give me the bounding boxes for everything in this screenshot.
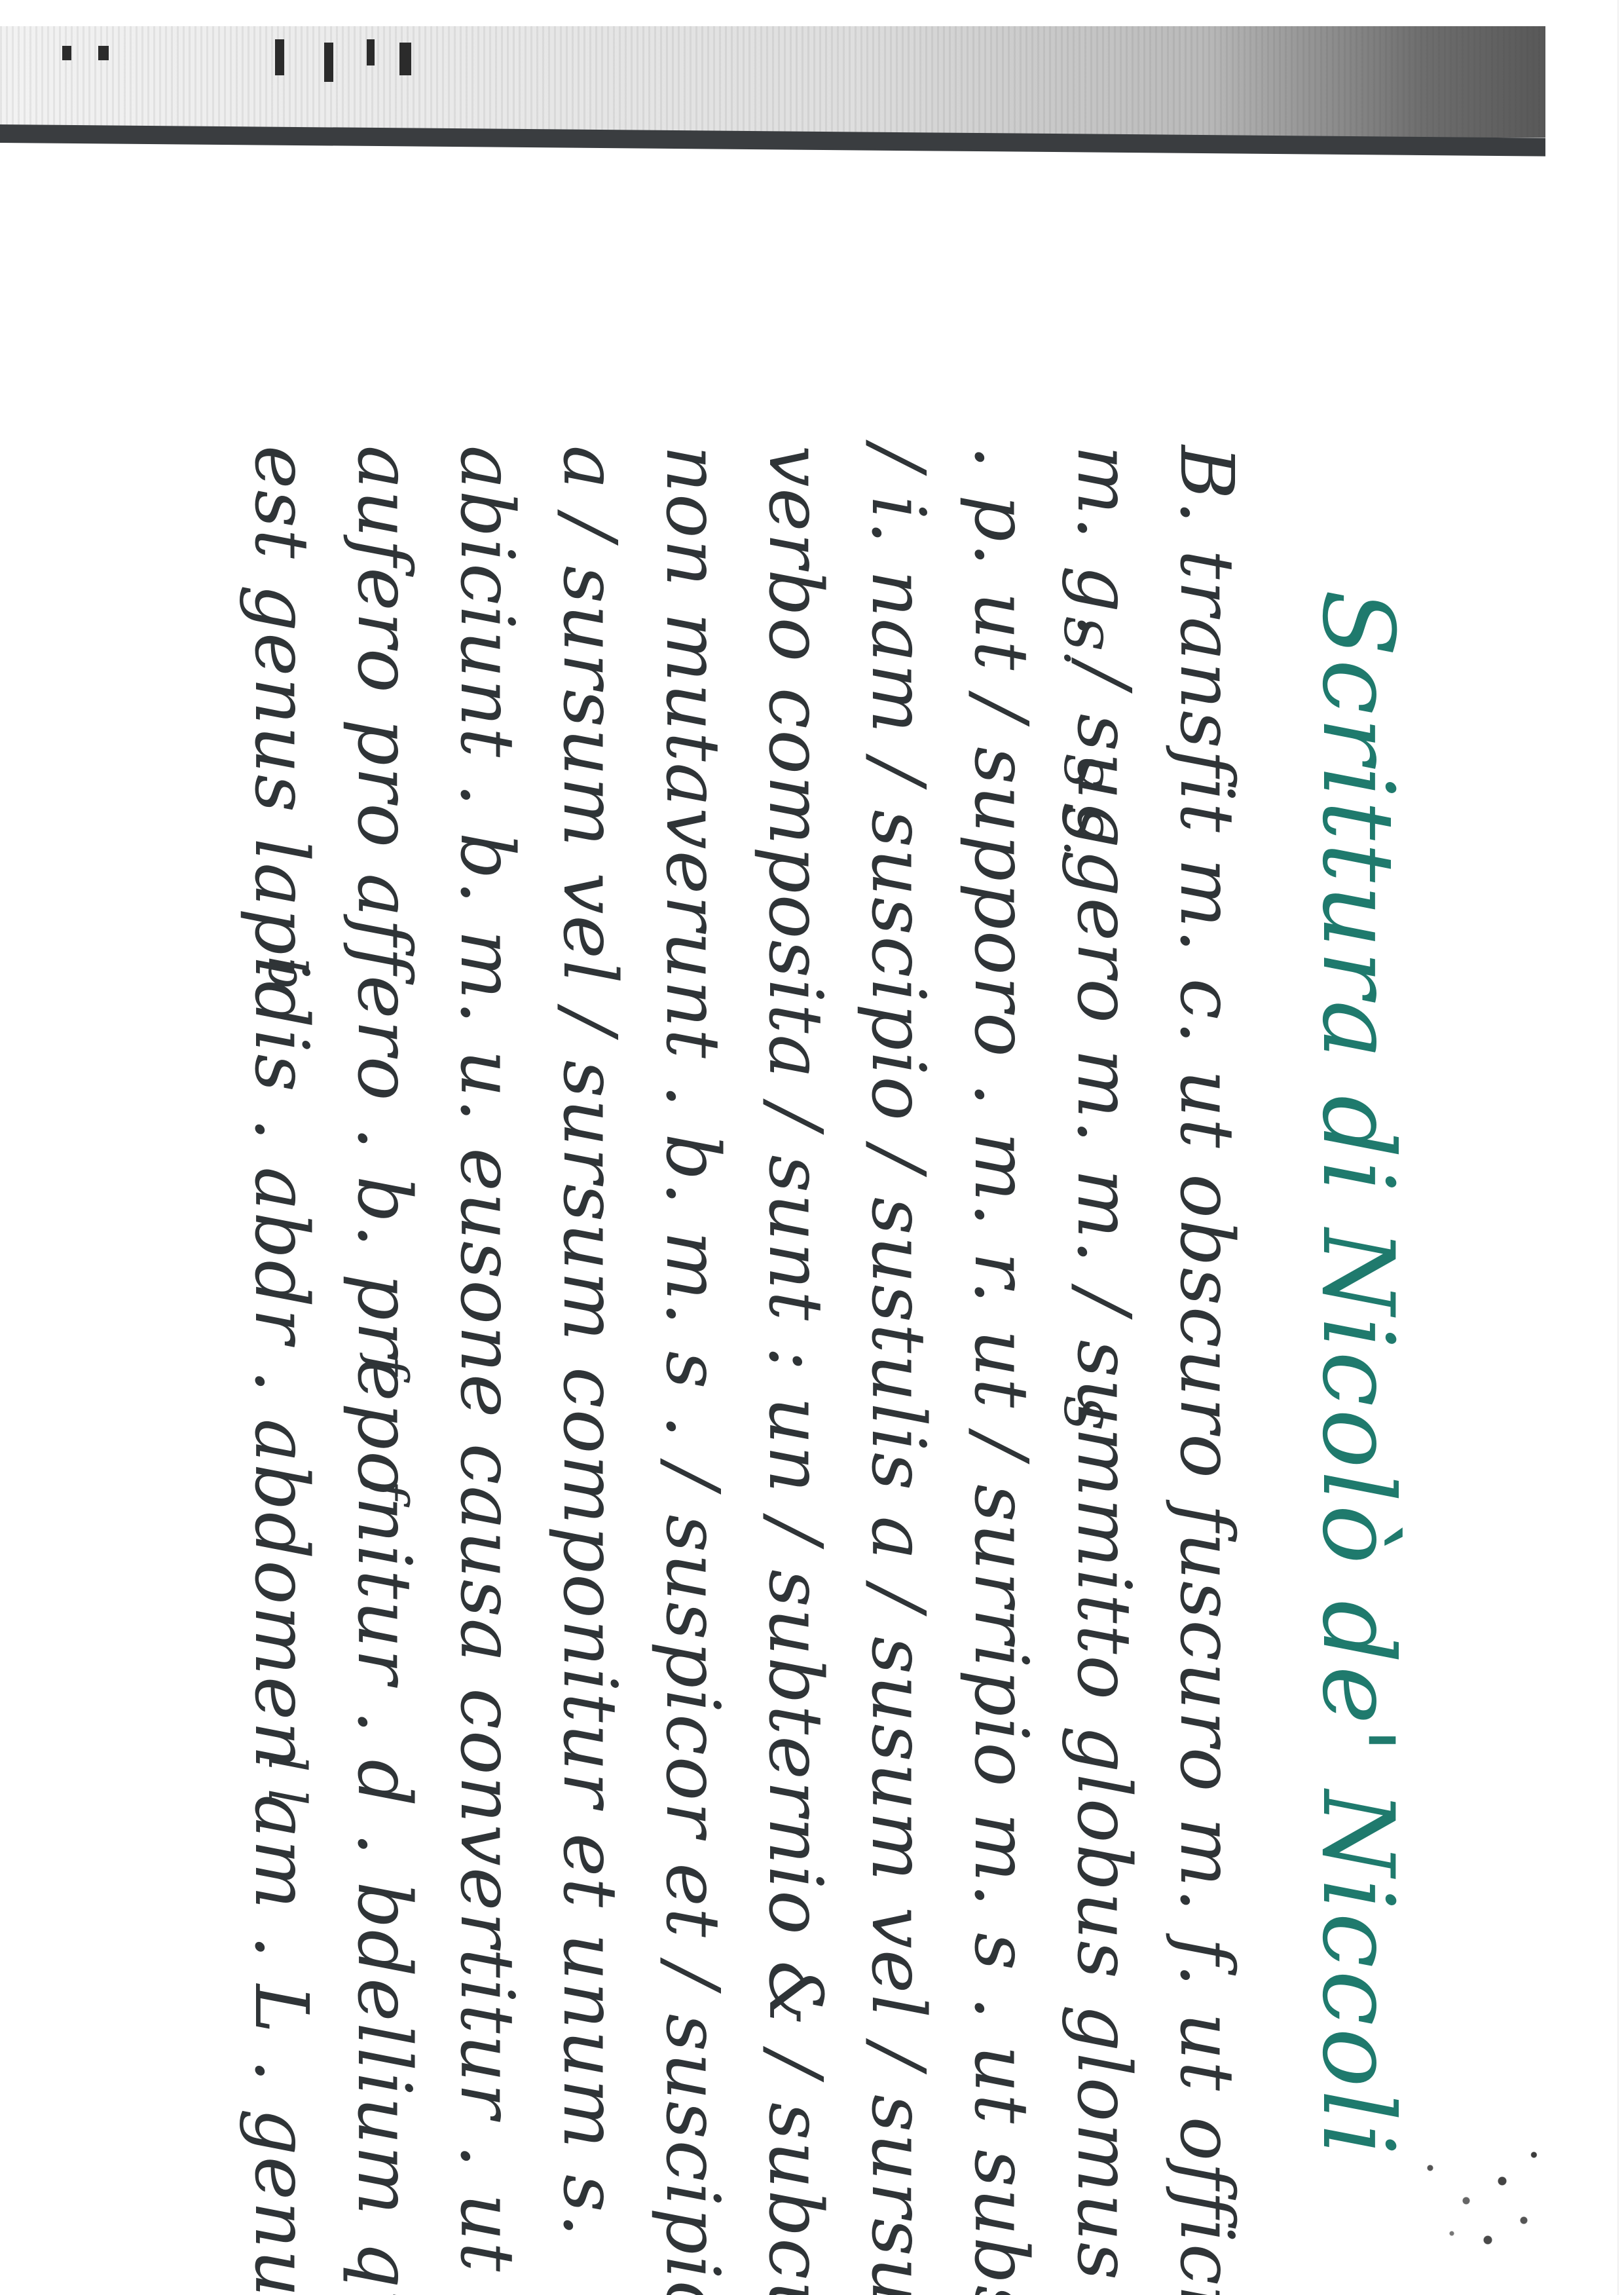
manuscript-line: . p. ut / supporo . m. r. ut / surripio … [949,445,1052,2266]
manuscript-line: / i. nam / suscipio / sustulis a / susum… [846,445,949,2266]
manuscript-line: non mutaverunt . b. m. s . / suspicor et… [640,445,743,2266]
interlinear-gloss: f [358,1480,419,1500]
page-title: Scrittura di Nicolò de' Niccoli [1301,589,1414,2158]
manuscript-line: est genus lapidis . abdr . abdomen am . … [229,445,332,2266]
manuscript-line: abiciunt . b. m. u. eusone causa convert… [435,445,538,2266]
manuscript-line: verbo composita / sunt : un / subternio … [743,445,846,2266]
interlinear-gloss: S. [1052,616,1113,666]
manuscript-line: a / sursum vel / sursum componitur et un… [538,445,640,2266]
interlinear-gloss: f [358,1356,419,1375]
interlinear-gloss: l l [257,1755,318,1806]
interlinear-gloss: S [1052,1395,1113,1431]
manuscript-line: B. transfit m. c. ut obscuro fuscuro m. … [1154,445,1257,2266]
manuscript-line: m. g. / suggero m. m. / summitto globus … [1052,445,1154,2266]
rotated-page: Scrittura di Nicolò de' Niccoli B. trans… [0,0,1624,2295]
interlinear-gloss: b [257,956,318,990]
interlinear-gloss: S S. [1052,753,1113,857]
